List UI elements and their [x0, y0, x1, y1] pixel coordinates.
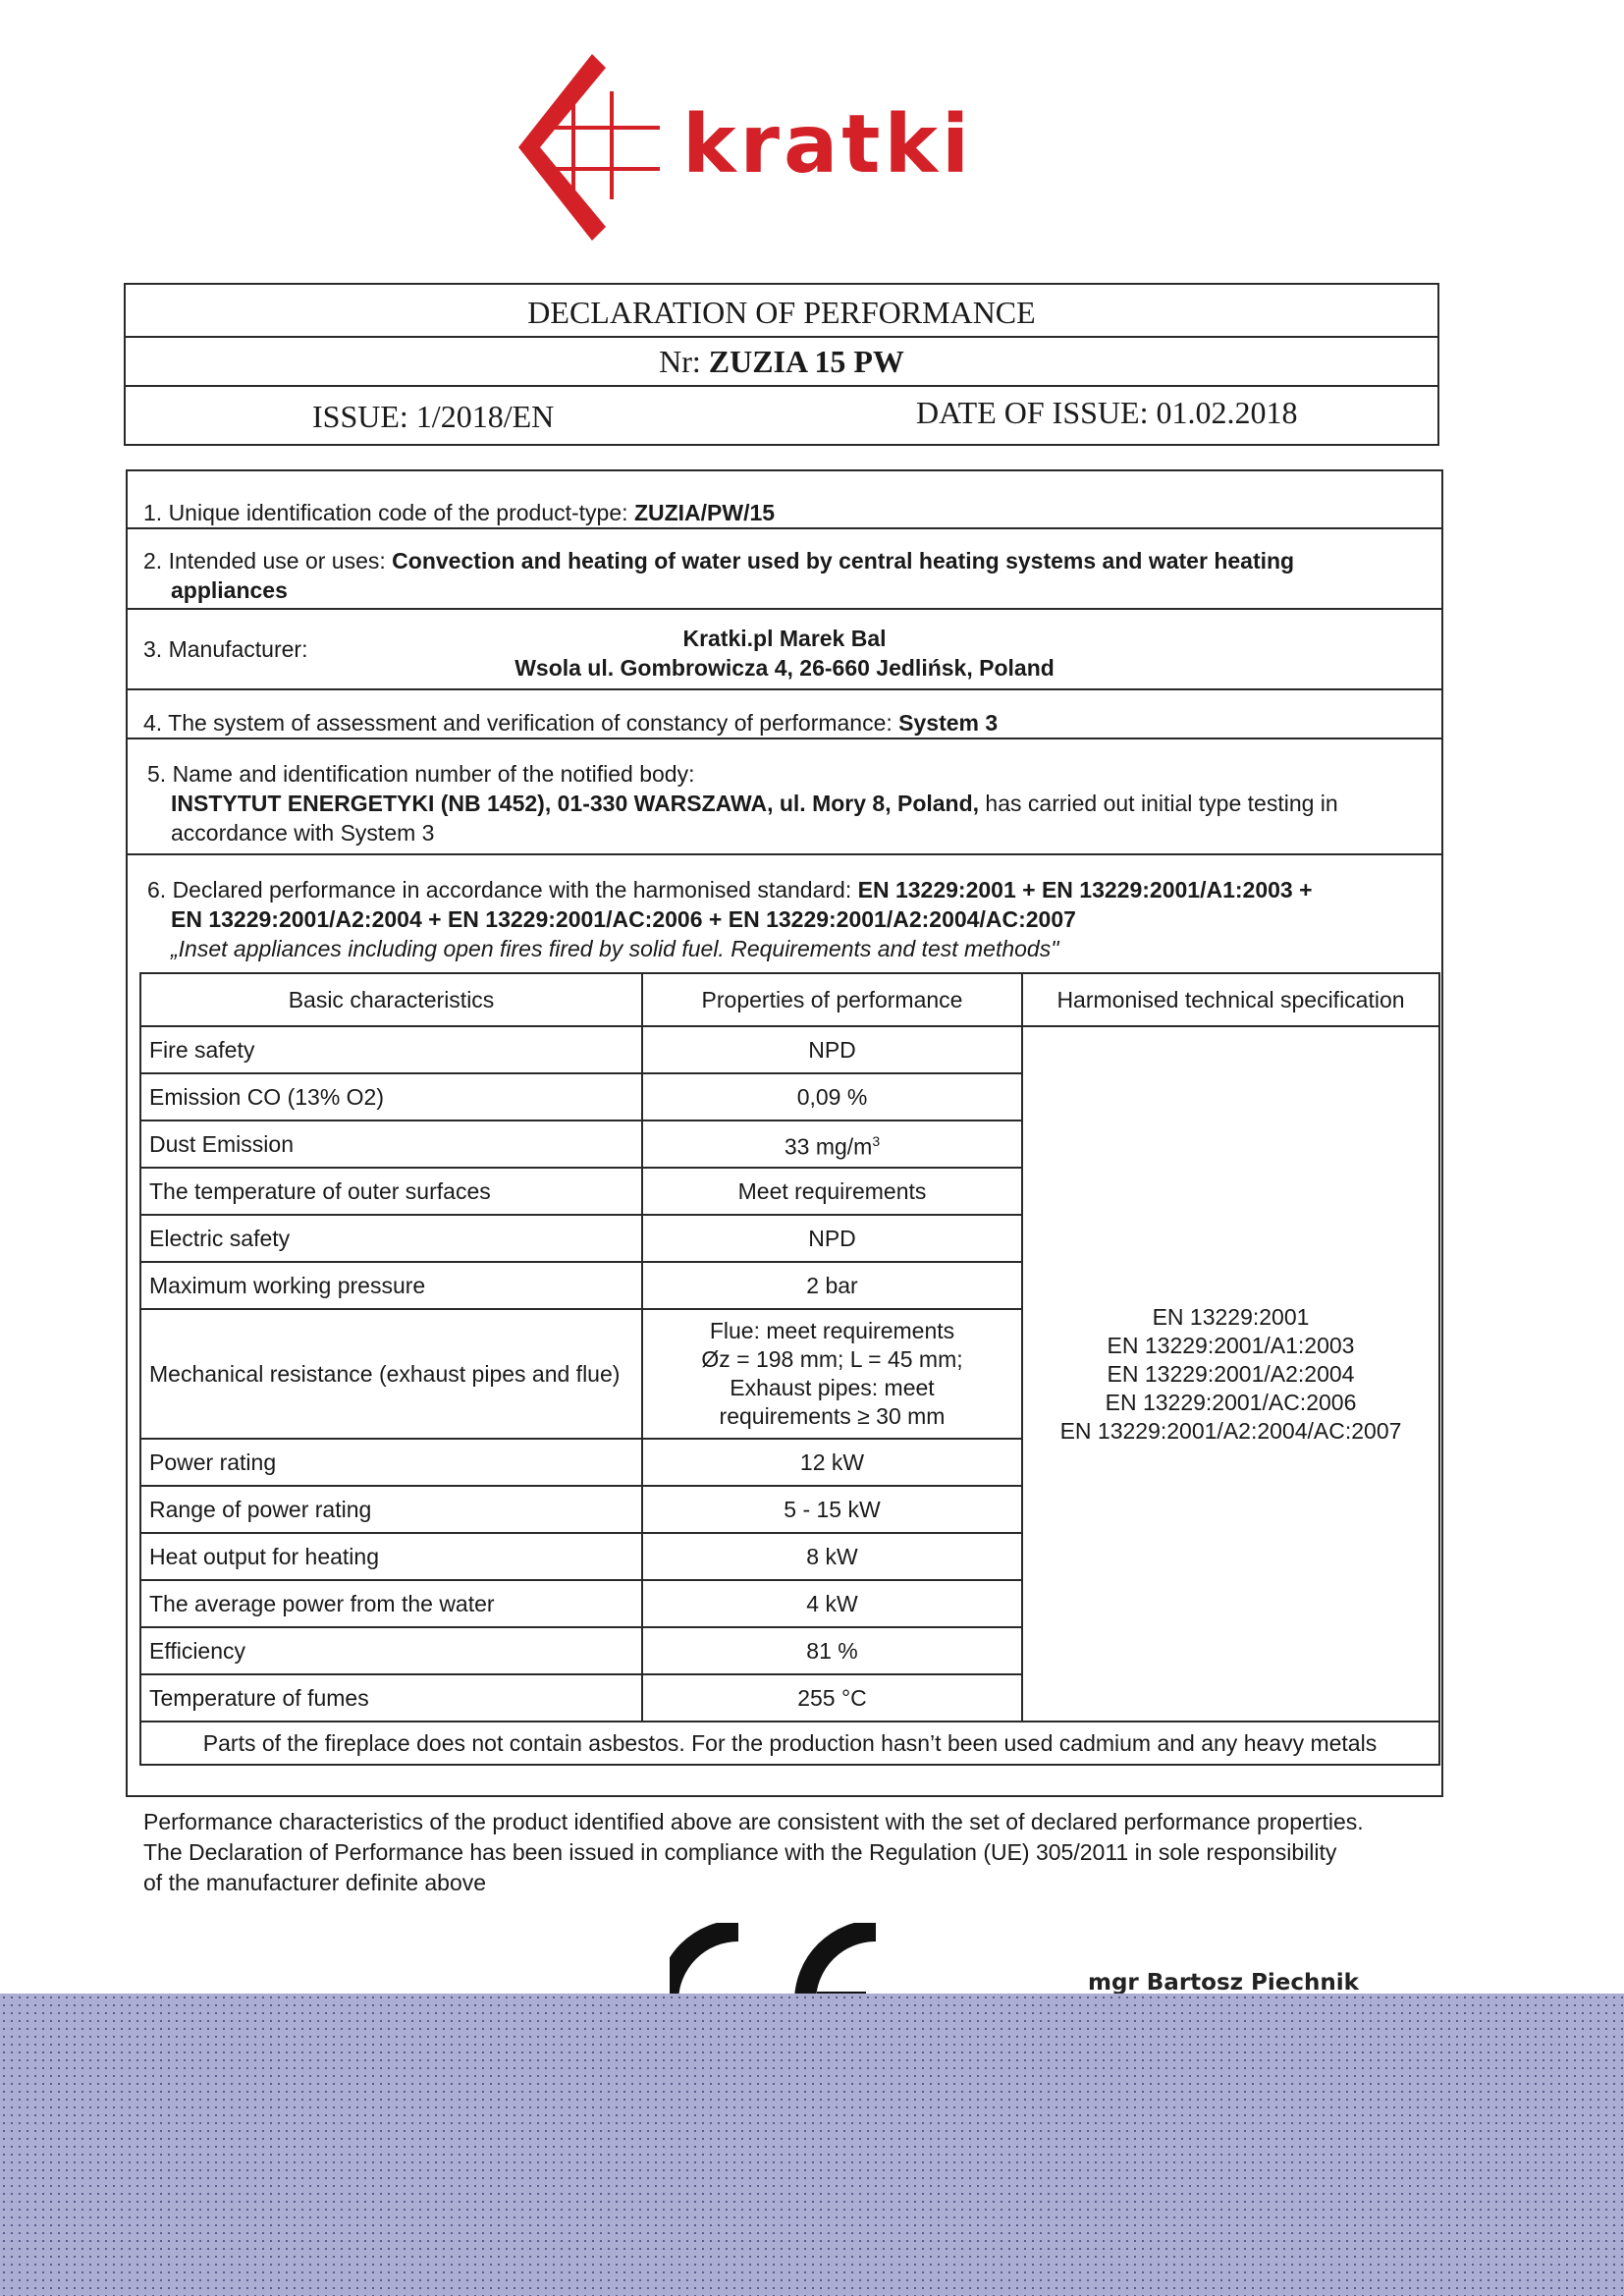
harmonised-standard-cont: EN 13229:2001/A2:2004 + EN 13229:2001/AC… — [147, 904, 1426, 934]
characteristic-cell: Efficiency — [140, 1627, 642, 1674]
performance-cell: 8 kW — [642, 1533, 1022, 1580]
specification-standard: EN 13229:2001/A1:2003 — [1024, 1332, 1437, 1360]
characteristic-cell: Emission CO (13% O2) — [140, 1073, 642, 1121]
performance-cell: 0,09 % — [642, 1073, 1022, 1121]
performance-cell: 33 mg/m3 — [642, 1121, 1022, 1168]
closing-line: of the manufacturer definite above — [143, 1868, 1459, 1898]
characteristic-cell: Fire safety — [140, 1026, 642, 1073]
column-header: Harmonised technical specification — [1022, 973, 1439, 1026]
performance-value: 12 kW — [800, 1449, 864, 1475]
performance-line: Øz = 198 mm; L = 45 mm; — [644, 1345, 1020, 1374]
characteristic-cell: Mechanical resistance (exhaust pipes and… — [140, 1309, 642, 1439]
notified-body: INSTYTUT ENERGETYKI (NB 1452), 01-330 WA… — [147, 789, 1426, 818]
performance-line: Exhaust pipes: meet — [644, 1374, 1020, 1402]
intended-use: Convection and heating of water used by … — [392, 548, 1294, 574]
column-header: Properties of performance — [642, 973, 1022, 1026]
closing-line: The Declaration of Performance has been … — [143, 1837, 1459, 1868]
product-code: ZUZIA/PW/15 — [634, 500, 775, 525]
section-manufacturer: 3. Manufacturer: Kratki.pl Marek Bal Wso… — [128, 610, 1441, 690]
performance-value: NPD — [808, 1226, 856, 1251]
section-label: 2. Intended use or uses: — [143, 548, 392, 574]
grid-arrow-icon — [511, 54, 682, 246]
brand-name: kratki — [682, 105, 973, 186]
declaration-body: 1. Unique identification code of the pro… — [126, 469, 1443, 1797]
notified-body-name: INSTYTUT ENERGETYKI (NB 1452), 01-330 WA… — [171, 791, 979, 816]
section-avcp-system: 4. The system of assessment and verifica… — [128, 690, 1441, 739]
performance-value: 81 % — [806, 1638, 857, 1664]
specification-standard: EN 13229:2001/A2:2004/AC:2007 — [1024, 1417, 1437, 1446]
section-label: 4. The system of assessment and verifica… — [143, 710, 898, 736]
harmonised-standard: EN 13229:2001 + EN 13229:2001/A1:2003 + — [858, 877, 1313, 902]
intended-use-cont: appliances — [143, 575, 1426, 605]
issue-row: ISSUE: 1/2018/EN DATE OF ISSUE: 01.02.20… — [126, 385, 1437, 444]
performance-value: NPD — [808, 1037, 856, 1063]
characteristic-cell: Range of power rating — [140, 1486, 642, 1533]
performance-cell: 255 °C — [642, 1674, 1022, 1722]
section-product-code: 1. Unique identification code of the pro… — [128, 471, 1441, 529]
column-header: Basic characteristics — [140, 973, 642, 1026]
characteristic-cell: Electric safety — [140, 1215, 642, 1262]
section-label: 1. Unique identification code of the pro… — [143, 500, 634, 525]
document-number: Nr: ZUZIA 15 PW — [126, 336, 1437, 387]
nr-label: Nr: — [659, 344, 709, 379]
characteristic-cell: The average power from the water — [140, 1580, 642, 1627]
specification-standard: EN 13229:2001 — [1024, 1303, 1437, 1332]
performance-value: 8 kW — [806, 1544, 857, 1569]
section-intended-use: 2. Intended use or uses: Convection and … — [128, 529, 1441, 610]
closing-statement: Performance characteristics of the produ… — [143, 1807, 1459, 1898]
declaration-header: DECLARATION OF PERFORMANCE Nr: ZUZIA 15 … — [124, 283, 1439, 446]
performance-value: 5 - 15 kW — [784, 1497, 880, 1522]
issue-number: ISSUE: 1/2018/EN — [312, 399, 554, 435]
performance-cell: 12 kW — [642, 1439, 1022, 1486]
performance-cell: Flue: meet requirementsØz = 198 mm; L = … — [642, 1309, 1022, 1439]
notified-body-text-cont: accordance with System 3 — [147, 818, 1426, 847]
section-label: 6. Declared performance in accordance wi… — [147, 877, 858, 902]
performance-value: 2 bar — [806, 1273, 857, 1298]
unit-superscript: 3 — [872, 1133, 880, 1149]
manufacturer-address: Wsola ul. Gombrowicza 4, 26-660 Jedlińsk… — [128, 653, 1441, 683]
performance-value: 0,09 % — [797, 1084, 868, 1110]
performance-cell: NPD — [642, 1026, 1022, 1073]
table-row: Fire safetyNPDEN 13229:2001EN 13229:2001… — [140, 1026, 1439, 1073]
performance-cell: Meet requirements — [642, 1168, 1022, 1215]
date-of-issue: DATE OF ISSUE: 01.02.2018 — [916, 395, 1297, 431]
characteristic-cell: The temperature of outer surfaces — [140, 1168, 642, 1215]
performance-line: requirements ≥ 30 mm — [644, 1402, 1020, 1431]
notified-body-text: has carried out initial type testing in — [979, 791, 1338, 816]
performance-cell: NPD — [642, 1215, 1022, 1262]
characteristic-cell: Temperature of fumes — [140, 1674, 642, 1722]
performance-value: 4 kW — [806, 1591, 857, 1616]
performance-value: 255 °C — [797, 1685, 867, 1711]
performance-value: 33 mg/m — [785, 1133, 872, 1159]
manufacturer-name: Kratki.pl Marek Bal — [128, 624, 1441, 653]
performance-table: Basic characteristics Properties of perf… — [139, 972, 1440, 1766]
avcp-system: System 3 — [898, 710, 998, 736]
specification-standard: EN 13229:2001/A2:2004 — [1024, 1360, 1437, 1389]
specification-cell: EN 13229:2001EN 13229:2001/A1:2003EN 132… — [1022, 1026, 1439, 1722]
standard-subtitle: „Inset appliances including open fires f… — [147, 934, 1426, 963]
kratki-logo: kratki — [511, 54, 1060, 246]
closing-line: Performance characteristics of the produ… — [143, 1807, 1459, 1837]
section-label: 5. Name and identification number of the… — [147, 761, 694, 787]
characteristic-cell: Heat output for heating — [140, 1533, 642, 1580]
redaction-overlay — [0, 1994, 1624, 2296]
characteristic-cell: Power rating — [140, 1439, 642, 1486]
performance-value: Meet requirements — [738, 1178, 927, 1204]
performance-cell: 4 kW — [642, 1580, 1022, 1627]
table-note-row: Parts of the fireplace does not contain … — [140, 1722, 1439, 1765]
document-title: DECLARATION OF PERFORMANCE — [126, 285, 1437, 338]
asbestos-note: Parts of the fireplace does not contain … — [140, 1722, 1439, 1765]
nr-value: ZUZIA 15 PW — [709, 344, 904, 379]
performance-cell: 2 bar — [642, 1262, 1022, 1309]
manufacturer-details: Kratki.pl Marek Bal Wsola ul. Gombrowicz… — [128, 624, 1441, 683]
performance-line: Flue: meet requirements — [644, 1317, 1020, 1345]
performance-cell: 81 % — [642, 1627, 1022, 1674]
section-notified-body: 5. Name and identification number of the… — [128, 739, 1441, 855]
characteristic-cell: Dust Emission — [140, 1121, 642, 1168]
performance-cell: 5 - 15 kW — [642, 1486, 1022, 1533]
signatory-name: mgr Bartosz Piechnik — [1088, 1970, 1359, 1995]
characteristic-cell: Maximum working pressure — [140, 1262, 642, 1309]
specification-standard: EN 13229:2001/AC:2006 — [1024, 1389, 1437, 1417]
